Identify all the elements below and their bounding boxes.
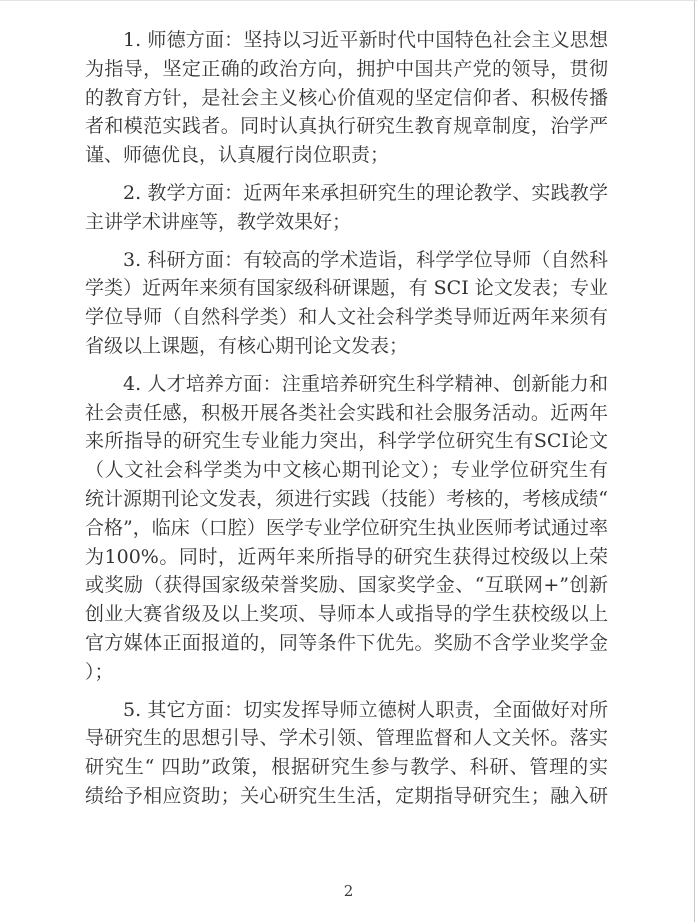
text-line: 主讲学术讲座等，教学效果好； (85, 208, 608, 237)
paragraph: 5. 其它方面：切实发挥导师立德树人职责，全面做好对所指导研究生的思想引导、学术… (85, 696, 608, 811)
text-line: 学位导师（自然科学类）和人文社会科学类导师近两年来须有 (85, 303, 608, 332)
text-line: 3. 科研方面：有较高的学术造诣，科学学位导师（自然科 (85, 246, 608, 275)
page-number: 2 (0, 882, 697, 900)
document-body: 1. 师德方面：坚持以习近平新时代中国特色社会主义思想为指导，坚定正确的政治方向… (85, 26, 608, 820)
text-line: 为指导，坚定正确的政治方向，拥护中国共产党的领导，贯彻党 (85, 55, 608, 84)
text-line: 绩给予相应资助；关心研究生生活，定期指导研究生；融入研究 (85, 782, 608, 811)
text-line: 研究生“ 四助”政策，根据研究生参与教学、科研、管理的实 (85, 753, 608, 782)
text-line: 4. 人才培养方面：注重培养研究生科学精神、创新能力和 (85, 370, 608, 399)
text-line: 社会责任感，积极开展各类社会实践和社会服务活动。近两年 (85, 399, 608, 428)
paragraph: 2. 教学方面：近两年来承担研究生的理论教学、实践教学或主讲学术讲座等，教学效果… (85, 179, 608, 237)
text-line: 1. 师德方面：坚持以习近平新时代中国特色社会主义思想 (85, 26, 608, 55)
page-edge-line (694, 1, 695, 922)
text-line: 来所指导的研究生专业能力突出，科学学位研究生有SCI论文发表 (85, 427, 608, 456)
text-line: ）； (85, 658, 608, 687)
text-line: 5. 其它方面：切实发挥导师立德树人职责，全面做好对所指 (85, 696, 608, 725)
text-line: 省级以上课题，有核心期刊论文发表； (85, 332, 608, 361)
text-line: 或奖励（获得国家级荣誉奖励、国家奖学金、“互联网+”创新 (85, 571, 608, 600)
text-line: 2. 教学方面：近两年来承担研究生的理论教学、实践教学或 (85, 179, 608, 208)
text-line: 者和模范实践者。同时认真执行研究生教育规章制度，治学严 (85, 112, 608, 141)
text-line: 谨、师德优良，认真履行岗位职责； (85, 141, 608, 170)
text-line: 创业大赛省级及以上奖项、导师本人或指导的学生获校级以上 (85, 600, 608, 629)
text-line: 的教育方针，是社会主义核心价值观的坚定信仰者、积极传播 (85, 84, 608, 113)
document-page: 1. 师德方面：坚持以习近平新时代中国特色社会主义思想为指导，坚定正确的政治方向… (0, 0, 697, 922)
paragraph: 4. 人才培养方面：注重培养研究生科学精神、创新能力和社会责任感，积极开展各类社… (85, 370, 608, 687)
text-line: 官方媒体正面报道的，同等条件下优先。奖励不含学业奖学金 (85, 629, 608, 658)
text-line: 为100%。同时，近两年来所指导的研究生获得过校级以上荣誉 (85, 543, 608, 572)
text-line: 统计源期刊论文发表，须进行实践（技能）考核的，考核成绩“ (85, 485, 608, 514)
paragraph: 3. 科研方面：有较高的学术造诣，科学学位导师（自然科学类）近两年来须有国家级科… (85, 246, 608, 361)
text-line: 导研究生的思想引导、学术引领、管理监督和人文关怀。落实 (85, 724, 608, 753)
paragraph: 1. 师德方面：坚持以习近平新时代中国特色社会主义思想为指导，坚定正确的政治方向… (85, 26, 608, 170)
text-line: 合格”，临床（口腔）医学专业学位研究生执业医师考试通过率 (85, 514, 608, 543)
text-line: 学类）近两年来须有国家级科研课题，有 SCI 论文发表；专业 (85, 274, 608, 303)
text-line: （人文社会科学类为中文核心期刊论文）；专业学位研究生有 (85, 456, 608, 485)
